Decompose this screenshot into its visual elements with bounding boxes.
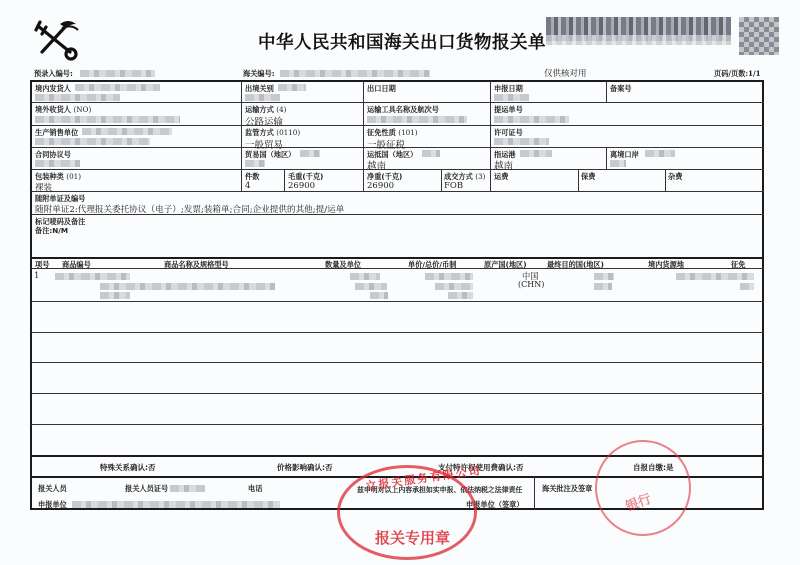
qr-code (739, 17, 779, 55)
gross-weight-value: 26900 (288, 181, 315, 191)
net-weight-value: 26900 (367, 181, 394, 191)
supervision-mode-text: 监管方式 (245, 128, 274, 137)
col-quantity: 数量及单位 (325, 260, 361, 270)
producer-label: 生产销售单位 (35, 128, 78, 138)
supervision-mode-value: 一般贸易 (245, 137, 283, 151)
customs-emblem-icon (30, 18, 82, 62)
pre-entry-no-label: 预录入编号: (34, 69, 73, 79)
page-label: 页码/页数: (714, 69, 748, 78)
bill-no-label: 提运单号 (494, 105, 523, 115)
col-source: 境内货源地 (648, 260, 684, 270)
customs-no-value (280, 70, 430, 77)
trade-terms-text: 成交方式 (444, 172, 473, 181)
license-no-label: 许可证号 (494, 128, 523, 138)
levy-nature-value: 一般征税 (367, 137, 405, 151)
customs-approval-label: 海关批注及签章 (542, 484, 592, 494)
attached-docs-value: 随附单证2:代理报关委托协议（电子）;发票;装箱单;合同;企业提供的其他;提/运… (35, 203, 344, 215)
misc-fee-label: 杂费 (668, 172, 682, 182)
trade-country-label: 贸易国（地区） (245, 150, 295, 160)
package-type-code: (01) (66, 172, 81, 181)
col-levy: 征免 (731, 260, 745, 270)
col-final-dest: 最终目的国(地区) (547, 260, 604, 270)
dest-country-value: 越南 (367, 158, 386, 172)
agent-stamp-bottom-text: 报关专用章 (375, 527, 450, 548)
page-indicator: 页码/页数:1/1 (714, 69, 761, 79)
overseas-consignee-text: 境外收货人 (35, 105, 71, 114)
record-no-label: 备案号 (610, 84, 632, 94)
marks-value: 备注:N/M (35, 226, 68, 236)
levy-nature-code: (101) (398, 128, 417, 137)
transport-mode-code: (4) (276, 105, 286, 114)
phone-label: 电话 (248, 484, 262, 494)
col-item-no: 项号 (35, 260, 49, 270)
freight-label: 运费 (494, 172, 508, 182)
transport-mode-value: 公路运输 (245, 114, 283, 128)
col-origin: 原产国(地区) (484, 260, 527, 270)
insurance-label: 保费 (581, 172, 595, 182)
transport-mode-text: 运输方式 (245, 105, 274, 114)
declarant-cert-label: 报关人员证号 (125, 484, 168, 494)
supervision-mode-code: (0110) (276, 128, 300, 137)
package-type-value: 裸装 (35, 181, 52, 193)
col-price: 单价/总价/币制 (408, 260, 456, 270)
exit-customs-label: 出境关别 (245, 84, 274, 94)
document-title: 中华人民共和国海关出口货物报关单 (258, 29, 546, 54)
special-relation-confirm: 特殊关系确认:否 (100, 462, 156, 473)
col-description: 商品名称及规格型号 (164, 260, 229, 270)
contract-no-label: 合同协议号 (35, 150, 71, 160)
exit-port-label: 离境口岸 (610, 150, 639, 160)
declarant-label: 报关人员 (38, 484, 67, 494)
trade-terms-code: (3) (475, 172, 485, 181)
col-hs-code: 商品编号 (62, 260, 91, 270)
pieces-value: 4 (245, 181, 250, 191)
levy-nature-text: 征免性质 (367, 128, 396, 137)
overseas-consignee-code: (NO) (73, 105, 91, 114)
item-1-origin-code: (CHN) (518, 280, 544, 289)
review-note: 仅供核对用 (544, 67, 587, 79)
trade-terms-value: FOB (444, 181, 463, 191)
overseas-consignee-label: 境外收货人 (NO) (35, 105, 91, 115)
pre-entry-no-value (80, 70, 155, 77)
page-value: 1/1 (748, 69, 761, 78)
price-influence-confirm: 价格影响确认:否 (277, 462, 333, 473)
dest-port-value: 越南 (494, 158, 513, 172)
barcode-number (546, 35, 731, 45)
domestic-shipper-label: 境内发货人 (35, 84, 71, 94)
package-type-text: 包装种类 (35, 172, 64, 181)
declare-unit-label: 申报单位 (38, 500, 67, 510)
customs-no-label: 海关编号: (243, 69, 275, 79)
customs-declaration-form: 中华人民共和国海关出口货物报关单 预录入编号: 海关编号: 仅供核对用 页码/页… (0, 0, 800, 565)
transport-name-label: 运输工具名称及航次号 (367, 105, 439, 115)
item-1-no: 1 (34, 271, 39, 281)
export-date-label: 出口日期 (367, 84, 396, 94)
bank-stamp (595, 440, 691, 536)
declare-date-label: 申报日期 (494, 84, 523, 94)
